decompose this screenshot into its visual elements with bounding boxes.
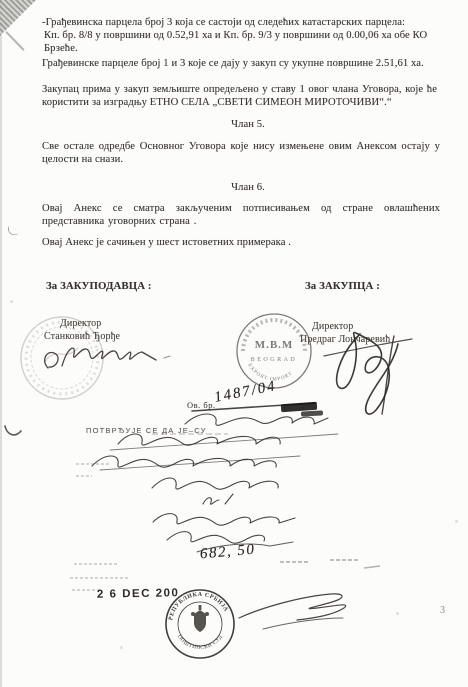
faint-stamp-remnant (72, 456, 136, 484)
scanned-document-page: -Грађевинска парцела број 3 која се саст… (0, 0, 468, 687)
heading-clause-5: Члан 5. (42, 118, 454, 131)
heading-clause-6: Члан 6. (42, 181, 454, 194)
paragraph-lease-purpose: Закупац прима у закуп земљиште опредељен… (42, 83, 437, 110)
left-margin-mark-lower (2, 420, 26, 444)
paragraph-clause-5-text: Све остале одредбе Основног Уговора које… (42, 140, 440, 167)
lessor-heading: За ЗАКУПОДАВЦА : (46, 280, 152, 293)
lessee-stamp-city: BEOGRAD (251, 357, 298, 363)
left-margin-mark-upper (4, 219, 26, 241)
paragraph-total-area: Грађевинске парцеле број 1 и 3 које се д… (42, 57, 452, 70)
scan-speckle (10, 300, 13, 303)
faint-fee-stamp-right (278, 552, 388, 580)
scan-speckle (396, 612, 399, 615)
lessor-signature (36, 334, 186, 386)
scan-speckle (120, 646, 123, 649)
paragraph-clause-6-text: Овај Анекс се сматра закљученим потписив… (42, 202, 440, 229)
lessee-stamp-company: М.В.М (255, 339, 294, 351)
scan-speckle (455, 520, 458, 523)
lessee-heading: За ЗАКУПЦА : (305, 280, 380, 293)
lessee-signature (322, 322, 432, 424)
court-stamp-coat-of-arms (191, 605, 209, 632)
paragraph-copies: Овај Анекс је сачињен у шест истоветних … (42, 236, 452, 249)
fee-amount-handwritten: 682, 50 (200, 544, 256, 562)
paragraph-parcel-3-detail: Кп. бр. 8/8 у површини од 0.52,91 ха и К… (44, 29, 458, 56)
scan-corner-pen-mark (5, 31, 24, 51)
lessor-title: Директор (60, 317, 101, 330)
court-stamp-bottom-text: ОПШТИНСКИ СУД (176, 634, 224, 651)
svg-text:ОПШТИНСКИ СУД: ОПШТИНСКИ СУД (176, 634, 224, 651)
page-number: 3 (440, 604, 445, 617)
court-round-stamp: РЕПУБЛИКА СРБИЈА ОПШТИНСКИ СУД (160, 584, 240, 664)
clerk-signature (233, 582, 357, 638)
scan-edge-shadow (0, 0, 2, 687)
paragraph-parcel-3: -Грађевинска парцела број 3 која се саст… (42, 16, 446, 29)
